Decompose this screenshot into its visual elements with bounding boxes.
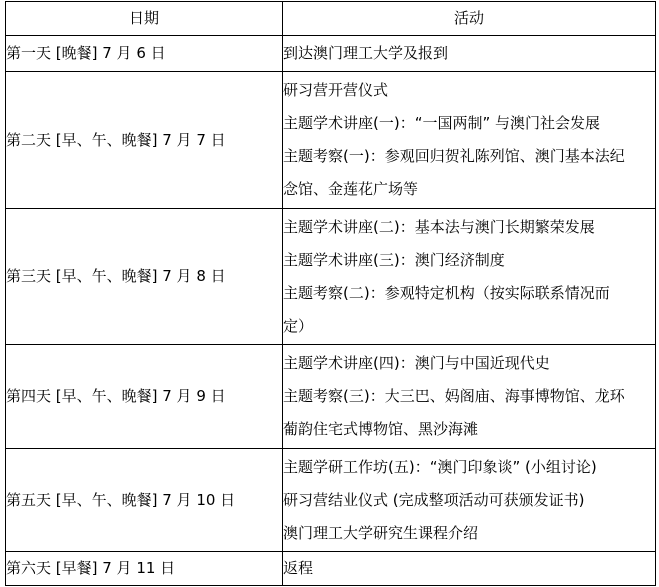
activity-cell: 主题学研工作坊(五)：“澳门印象谈” (小组讨论) 研习营结业仪式 (完成整项活… bbox=[283, 449, 656, 552]
activity-item: 研习营开营仪式 bbox=[283, 74, 655, 107]
activity-item: 澳门理工大学研究生课程介绍 bbox=[283, 517, 655, 550]
activity-cell: 主题学术讲座(二)：基本法与澳门长期繁荣发展 主题学术讲座(三)：澳门经济制度 … bbox=[283, 209, 656, 345]
date-cell: 第五天 [早、午、晚餐] 7 月 10 日 bbox=[6, 449, 283, 552]
activity-item: 主题学研工作坊(五)：“澳门印象谈” (小组讨论) bbox=[283, 451, 655, 484]
activity-item: 主题考察(二)：参观特定机构（按实际联系情况而 bbox=[283, 277, 655, 310]
activity-item: 主题学术讲座(三)：澳门经济制度 bbox=[283, 244, 655, 277]
activity-cell: 到达澳门理工大学及报到 bbox=[283, 36, 656, 72]
date-cell: 第三天 [早、午、晚餐] 7 月 8 日 bbox=[6, 209, 283, 345]
activity-item: 到达澳门理工大学及报到 bbox=[283, 37, 655, 70]
table-row-day-4: 第四天 [早、午、晚餐] 7 月 9 日 主题学术讲座(四)：澳门与中国近现代史… bbox=[6, 345, 656, 449]
date-cell: 第一天 [晚餐] 7 月 6 日 bbox=[6, 36, 283, 72]
schedule-table: 日期 活动 第一天 [晚餐] 7 月 6 日 到达澳门理工大学及报到 第二天 [… bbox=[5, 1, 656, 586]
date-cell: 第二天 [早、午、晚餐] 7 月 7 日 bbox=[6, 72, 283, 209]
activity-item: 主题学术讲座(二)：基本法与澳门长期繁荣发展 bbox=[283, 211, 655, 244]
date-column-header: 日期 bbox=[6, 2, 283, 36]
activity-column-header: 活动 bbox=[283, 2, 656, 36]
activity-item: 主题考察(一)：参观回归贺礼陈列馆、澳门基本法纪 bbox=[283, 140, 655, 173]
table-row-day-2: 第二天 [早、午、晚餐] 7 月 7 日 研习营开营仪式 主题学术讲座(一)：“… bbox=[6, 72, 656, 209]
date-cell: 第六天 [早餐] 7 月 11 日 bbox=[6, 552, 283, 586]
activity-cell: 研习营开营仪式 主题学术讲座(一)：“一国两制” 与澳门社会发展 主题考察(一)… bbox=[283, 72, 656, 209]
table-row-day-1: 第一天 [晚餐] 7 月 6 日 到达澳门理工大学及报到 bbox=[6, 36, 656, 72]
activity-item: 主题考察(三)：大三巴、妈阁庙、海事博物馆、龙环 bbox=[283, 380, 655, 413]
activity-cell: 主题学术讲座(四)：澳门与中国近现代史 主题考察(三)：大三巴、妈阁庙、海事博物… bbox=[283, 345, 656, 449]
activity-item: 返程 bbox=[283, 552, 655, 585]
activity-item: 葡韵住宅式博物馆、黑沙海滩 bbox=[283, 413, 655, 446]
activity-item: 定） bbox=[283, 310, 655, 343]
activity-item: 研习营结业仪式 (完成整项活动可获颁发证书) bbox=[283, 484, 655, 517]
table-row-day-5: 第五天 [早、午、晚餐] 7 月 10 日 主题学研工作坊(五)：“澳门印象谈”… bbox=[6, 449, 656, 552]
activity-item: 主题学术讲座(四)：澳门与中国近现代史 bbox=[283, 347, 655, 380]
header-row: 日期 活动 bbox=[6, 2, 656, 36]
table-row-day-3: 第三天 [早、午、晚餐] 7 月 8 日 主题学术讲座(二)：基本法与澳门长期繁… bbox=[6, 209, 656, 345]
activity-item: 主题学术讲座(一)：“一国两制” 与澳门社会发展 bbox=[283, 107, 655, 140]
table-row-day-6: 第六天 [早餐] 7 月 11 日 返程 bbox=[6, 552, 656, 586]
activity-item: 念馆、金莲花广场等 bbox=[283, 173, 655, 206]
date-cell: 第四天 [早、午、晚餐] 7 月 9 日 bbox=[6, 345, 283, 449]
activity-cell: 返程 bbox=[283, 552, 656, 586]
